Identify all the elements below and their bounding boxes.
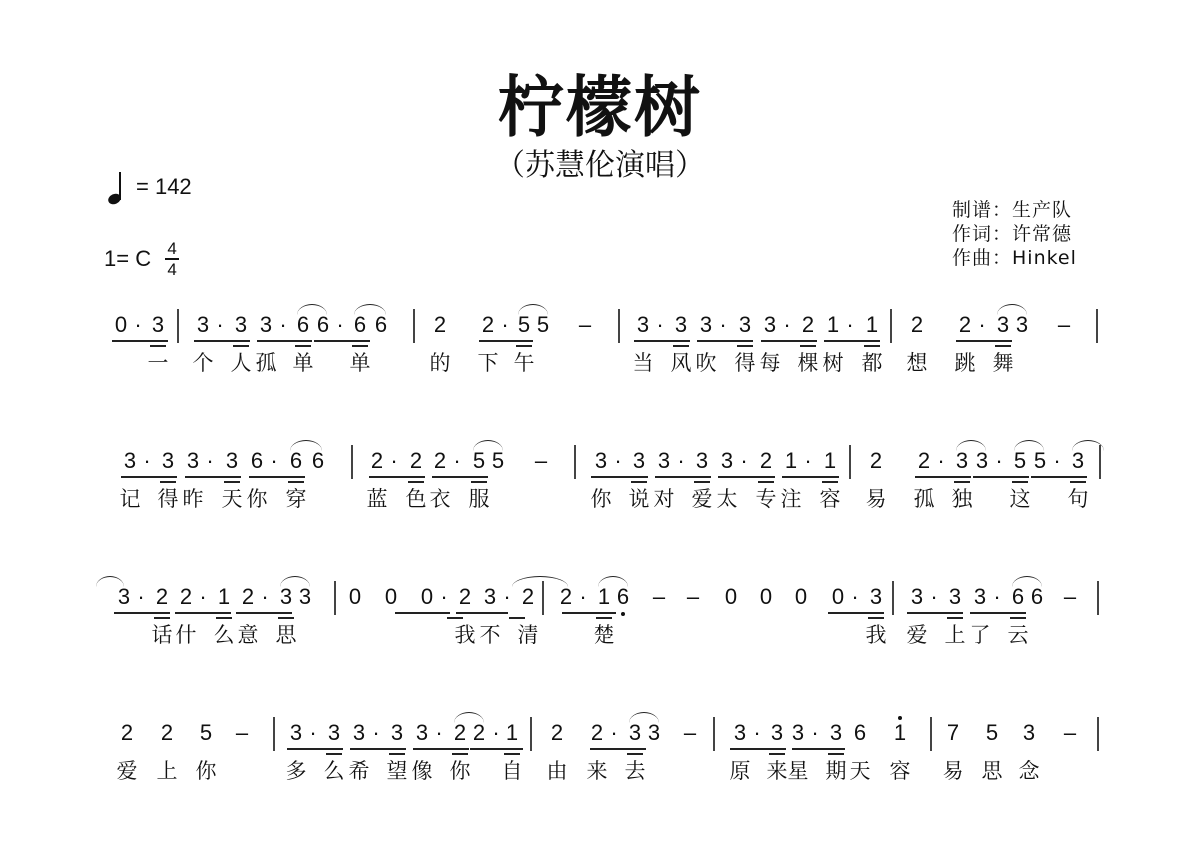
eighth-underline [369,476,425,478]
note: 1 [822,448,838,474]
lyric: 上 [943,623,967,647]
note: 3 [258,312,274,338]
note: 2 [589,720,605,746]
note: 2 [868,448,884,474]
note: 5 [535,312,551,338]
lyric: 棵 [796,351,820,375]
note: 3 [185,448,201,474]
note: 2 [408,448,424,474]
lyric: 得 [733,351,757,375]
note: 3 [122,448,138,474]
augmentation-dot: · [609,720,619,746]
barline [849,445,851,479]
sustain-dash: – [234,720,250,746]
lyric: 多 [284,759,308,783]
sixteenth-underline [504,753,520,755]
lyric: 一 [146,351,170,375]
lyric: 舞 [991,351,1015,375]
sixteenth-underline [471,481,487,483]
barline [574,445,576,479]
lyric: 楚 [592,623,616,647]
sixteenth-underline [408,481,424,483]
eighth-underline [287,748,343,750]
note: 3 [790,720,806,746]
lyric: 像 [410,759,434,783]
lyric: 云 [1006,623,1030,647]
sixteenth-underline [769,753,785,755]
eighth-underline [782,476,839,478]
note: 3 [160,448,176,474]
tie-slur [629,712,659,723]
augmentation-dot: · [260,584,270,610]
lyric: 这 [1008,487,1032,511]
note: 3 [646,720,662,746]
sixteenth-underline [278,617,294,619]
barline [1097,717,1099,751]
eighth-underline [175,612,231,614]
note: 3 [389,720,405,746]
barline [1096,309,1098,343]
lyric: 容 [818,487,842,511]
lyric: 容 [888,759,912,783]
sixteenth-underline [352,345,368,347]
note: 3 [288,720,304,746]
tempo-value: = 142 [136,174,192,200]
lyric: 每 [758,351,782,375]
augmentation-dot: · [133,312,143,338]
note: 0 [793,584,809,610]
note: 3 [732,720,748,746]
note: 3 [769,720,785,746]
lyric: 午 [512,351,536,375]
note: 2 [240,584,256,610]
lyric: 思 [980,759,1004,783]
lyric: 念 [1017,759,1041,783]
augmentation-dot: · [578,584,588,610]
lyric: 爱 [115,759,139,783]
note: 2 [432,312,448,338]
tie-slur [354,304,386,315]
time-signature-bottom: 4 [167,261,176,278]
note: 2 [758,448,774,474]
time-signature-top: 4 [167,240,176,257]
eighth-underline [562,612,616,614]
augmentation-dot: · [676,448,686,474]
lyric: 天 [848,759,872,783]
note: 6 [310,448,326,474]
note: 2 [549,720,565,746]
lyric: 吹 [694,351,718,375]
sixteenth-underline [1012,481,1028,483]
lyric: 专 [754,487,778,511]
sixteenth-underline [631,481,647,483]
lyric: 思 [274,623,298,647]
lyric: 说 [627,487,651,511]
lyric: 自 [500,759,524,783]
augmentation-dot: · [845,312,855,338]
augmentation-dot: · [491,720,501,746]
eighth-underline [956,340,1012,342]
augmentation-dot: · [335,312,345,338]
barline [177,309,179,343]
note: 1 [783,448,799,474]
credit-lyricist: 作词：许常德 [952,222,1077,246]
tie-slur [518,304,548,315]
note: 3 [909,584,925,610]
barline [890,309,892,343]
note: 3 [150,312,166,338]
augmentation-dot: · [278,312,288,338]
lyric: 你 [448,759,472,783]
tie-slur [280,576,310,587]
augmentation-dot: · [308,720,318,746]
lyric: 风 [669,351,693,375]
sixteenth-underline [150,345,166,347]
barline [930,717,932,751]
tempo-marking: = 142 [108,170,192,204]
note: 5 [490,448,506,474]
augmentation-dot: · [502,584,512,610]
note: 3 [719,448,735,474]
note: 6 [1010,584,1026,610]
sixteenth-underline [389,753,405,755]
sixteenth-underline [947,617,963,619]
key-signature: 1= C 4 4 [104,240,179,278]
eighth-underline [828,612,884,614]
lyric: 意 [236,623,260,647]
augmentation-dot: · [500,312,510,338]
augmentation-dot: · [929,584,939,610]
lyric: 太 [715,487,739,511]
tie-slur [297,304,327,315]
augmentation-dot: · [136,584,146,610]
augmentation-dot: · [205,448,215,474]
note: 6 [1029,584,1045,610]
augmentation-dot: · [198,584,208,610]
sixteenth-underline [1010,617,1026,619]
note: 0 [758,584,774,610]
lyric: 原 [728,759,752,783]
barline [413,309,415,343]
barline [892,581,894,615]
note: 3 [656,448,672,474]
note: 3 [828,720,844,746]
note: 3 [326,720,342,746]
note: 3 [1070,448,1086,474]
sixteenth-underline [864,345,880,347]
augmentation-dot: · [215,312,225,338]
eighth-underline [257,340,312,342]
note: 3 [1021,720,1037,746]
lyric: 下 [476,351,500,375]
lyric: 去 [623,759,647,783]
lyric: 服 [467,487,491,511]
lyric: 你 [589,487,613,511]
sixteenth-underline [295,345,311,347]
note: 3 [224,448,240,474]
note: 5 [1012,448,1028,474]
eighth-underline [792,748,845,750]
note: 5 [198,720,214,746]
note: 0 [383,584,399,610]
note: 2 [119,720,135,746]
lyric: 清 [516,623,540,647]
eighth-underline [112,340,168,342]
note: 0 [830,584,846,610]
credits: 制谱：生产队 作词：许常德 作曲：Hinkel [952,198,1077,270]
credit-arranger: 制谱：生产队 [952,198,1077,222]
eighth-underline [697,340,753,342]
note: 3 [195,312,211,338]
augmentation-dot: · [936,448,946,474]
note: 2 [154,584,170,610]
lyric: 易 [941,759,965,783]
sustain-dash: – [1062,720,1078,746]
augmentation-dot: · [810,720,820,746]
sustain-dash: – [533,448,549,474]
note: 3 [414,720,430,746]
lyric: 易 [864,487,888,511]
sixteenth-underline [452,753,468,755]
note: 2 [520,584,536,610]
note: 3 [954,448,970,474]
note: 6 [852,720,868,746]
lyric: 个 [191,351,215,375]
lyric: 天 [220,487,244,511]
note: 6 [315,312,331,338]
augmentation-dot: · [782,312,792,338]
sixteenth-underline [154,617,170,619]
lyric: 记 [118,487,142,511]
augmentation-dot: · [752,720,762,746]
augmentation-dot: · [655,312,665,338]
eighth-underline [479,340,533,342]
augmentation-dot: · [718,312,728,338]
note: 3 [673,312,689,338]
augmentation-dot: · [142,448,152,474]
lyric: 你 [245,487,269,511]
sixteenth-underline [954,481,970,483]
lyric: 人 [229,351,253,375]
lyric: 当 [631,351,655,375]
credit-composer: 作曲：Hinkel [952,246,1077,270]
note: 3 [635,312,651,338]
note: 3 [631,448,647,474]
lyric: 话 [150,623,174,647]
lyric: 爱 [905,623,929,647]
eighth-underline [761,340,817,342]
sixteenth-underline [326,753,342,755]
eighth-underline [470,748,523,750]
sixteenth-underline [596,617,612,619]
note: 6 [615,584,631,610]
eighth-underline [395,612,450,614]
tie-slur [512,576,568,587]
note: 3 [995,312,1011,338]
eighth-underline [655,476,711,478]
tie-slur [290,440,322,451]
eighth-underline [413,748,469,750]
note: 5 [984,720,1000,746]
lyric: 孤 [912,487,936,511]
lyric: 你 [194,759,218,783]
sixteenth-underline [160,481,176,483]
lyric: 我 [864,623,888,647]
sustain-dash: – [651,584,667,610]
lyric: 爱 [690,487,714,511]
note: 1 [216,584,232,610]
barline [713,717,715,751]
lyric: 得 [156,487,180,511]
lyric: 来 [585,759,609,783]
note: 5 [516,312,532,338]
sixteenth-underline [447,617,463,619]
sustain-dash: – [685,584,701,610]
eighth-underline [970,612,1026,614]
barline [1097,581,1099,615]
note: 0 [113,312,129,338]
note: 2 [452,720,468,746]
eighth-underline [718,476,775,478]
lyric: 上 [155,759,179,783]
lyric: 句 [1066,487,1090,511]
sixteenth-underline [828,753,844,755]
note: 3 [482,584,498,610]
sixteenth-underline [516,345,532,347]
augmentation-dot: · [992,584,1002,610]
note: 3 [974,448,990,474]
eighth-underline [249,476,305,478]
augmentation-dot: · [452,448,462,474]
time-signature: 4 4 [165,240,179,278]
eighth-underline [907,612,963,614]
barline [273,717,275,751]
lyric: 期 [824,759,848,783]
note: 0 [419,584,435,610]
note: 2 [159,720,175,746]
lyric: 希 [347,759,371,783]
eighth-underline [432,476,488,478]
sixteenth-underline [233,345,249,347]
eighth-underline [591,476,648,478]
key-label: 1= C [104,246,151,272]
augmentation-dot: · [389,448,399,474]
lyric: 的 [428,351,452,375]
eighth-underline [194,340,250,342]
note: 6 [288,448,304,474]
eighth-underline [590,748,646,750]
lyric: 衣 [428,487,452,511]
lyric: 我 [453,623,477,647]
barline [618,309,620,343]
note: 2 [178,584,194,610]
lyric: 独 [950,487,974,511]
note: 3 [627,720,643,746]
note: 3 [762,312,778,338]
note: 3 [351,720,367,746]
sixteenth-underline [868,617,884,619]
note: 1 [596,584,612,610]
note: 1 [504,720,520,746]
augmentation-dot: · [269,448,279,474]
note: 3 [278,584,294,610]
sixteenth-underline [627,753,643,755]
sixteenth-underline [694,481,710,483]
lyric: 对 [652,487,676,511]
augmentation-dot: · [994,448,1004,474]
lyric: 不 [478,623,502,647]
sixteenth-underline [224,481,240,483]
eighth-underline [634,340,690,342]
eighth-underline [730,748,786,750]
note: 2 [800,312,816,338]
sixteenth-underline [1070,481,1086,483]
eighth-underline [824,340,880,342]
note: 3 [694,448,710,474]
lyric: 都 [860,351,884,375]
augmentation-dot: · [850,584,860,610]
augmentation-dot: · [371,720,381,746]
song-title: 柠檬树 [0,68,1200,148]
eighth-underline [236,612,292,614]
eighth-underline [314,340,370,342]
note: 0 [347,584,363,610]
sixteenth-underline [822,481,838,483]
lyric: 星 [786,759,810,783]
tie-slur [956,440,986,451]
lyric: 孤 [254,351,278,375]
lyric: 穿 [284,487,308,511]
tie-slur [1014,440,1044,451]
note: 3 [116,584,132,610]
note: 2 [471,720,487,746]
eighth-underline [456,612,508,614]
note: 2 [369,448,385,474]
eighth-underline [121,476,177,478]
low-octave-dot [621,612,625,616]
quarter-note-icon [108,170,122,204]
high-octave-dot [898,716,902,720]
note: 3 [233,312,249,338]
note: 3 [972,584,988,610]
note: 3 [1014,312,1030,338]
note: 5 [1032,448,1048,474]
lyric: 蓝 [365,487,389,511]
note: 3 [698,312,714,338]
eighth-underline [350,748,406,750]
note: 2 [957,312,973,338]
sixteenth-underline [509,617,525,619]
lyric: 单 [291,351,315,375]
augmentation-dot: · [434,720,444,746]
sixteenth-underline [800,345,816,347]
tie-slur [997,304,1027,315]
augmentation-dot: · [803,448,813,474]
sustain-dash: – [1062,584,1078,610]
tie-slur [1072,440,1104,451]
note: 1 [892,720,908,746]
note: 1 [825,312,841,338]
eighth-underline [973,476,1029,478]
lyric: 跳 [953,351,977,375]
augmentation-dot: · [613,448,623,474]
lyric: 什 [174,623,198,647]
sustain-dash: – [577,312,593,338]
sixteenth-underline [995,345,1011,347]
augmentation-dot: · [1052,448,1062,474]
sustain-dash: – [682,720,698,746]
sixteenth-underline [737,345,753,347]
